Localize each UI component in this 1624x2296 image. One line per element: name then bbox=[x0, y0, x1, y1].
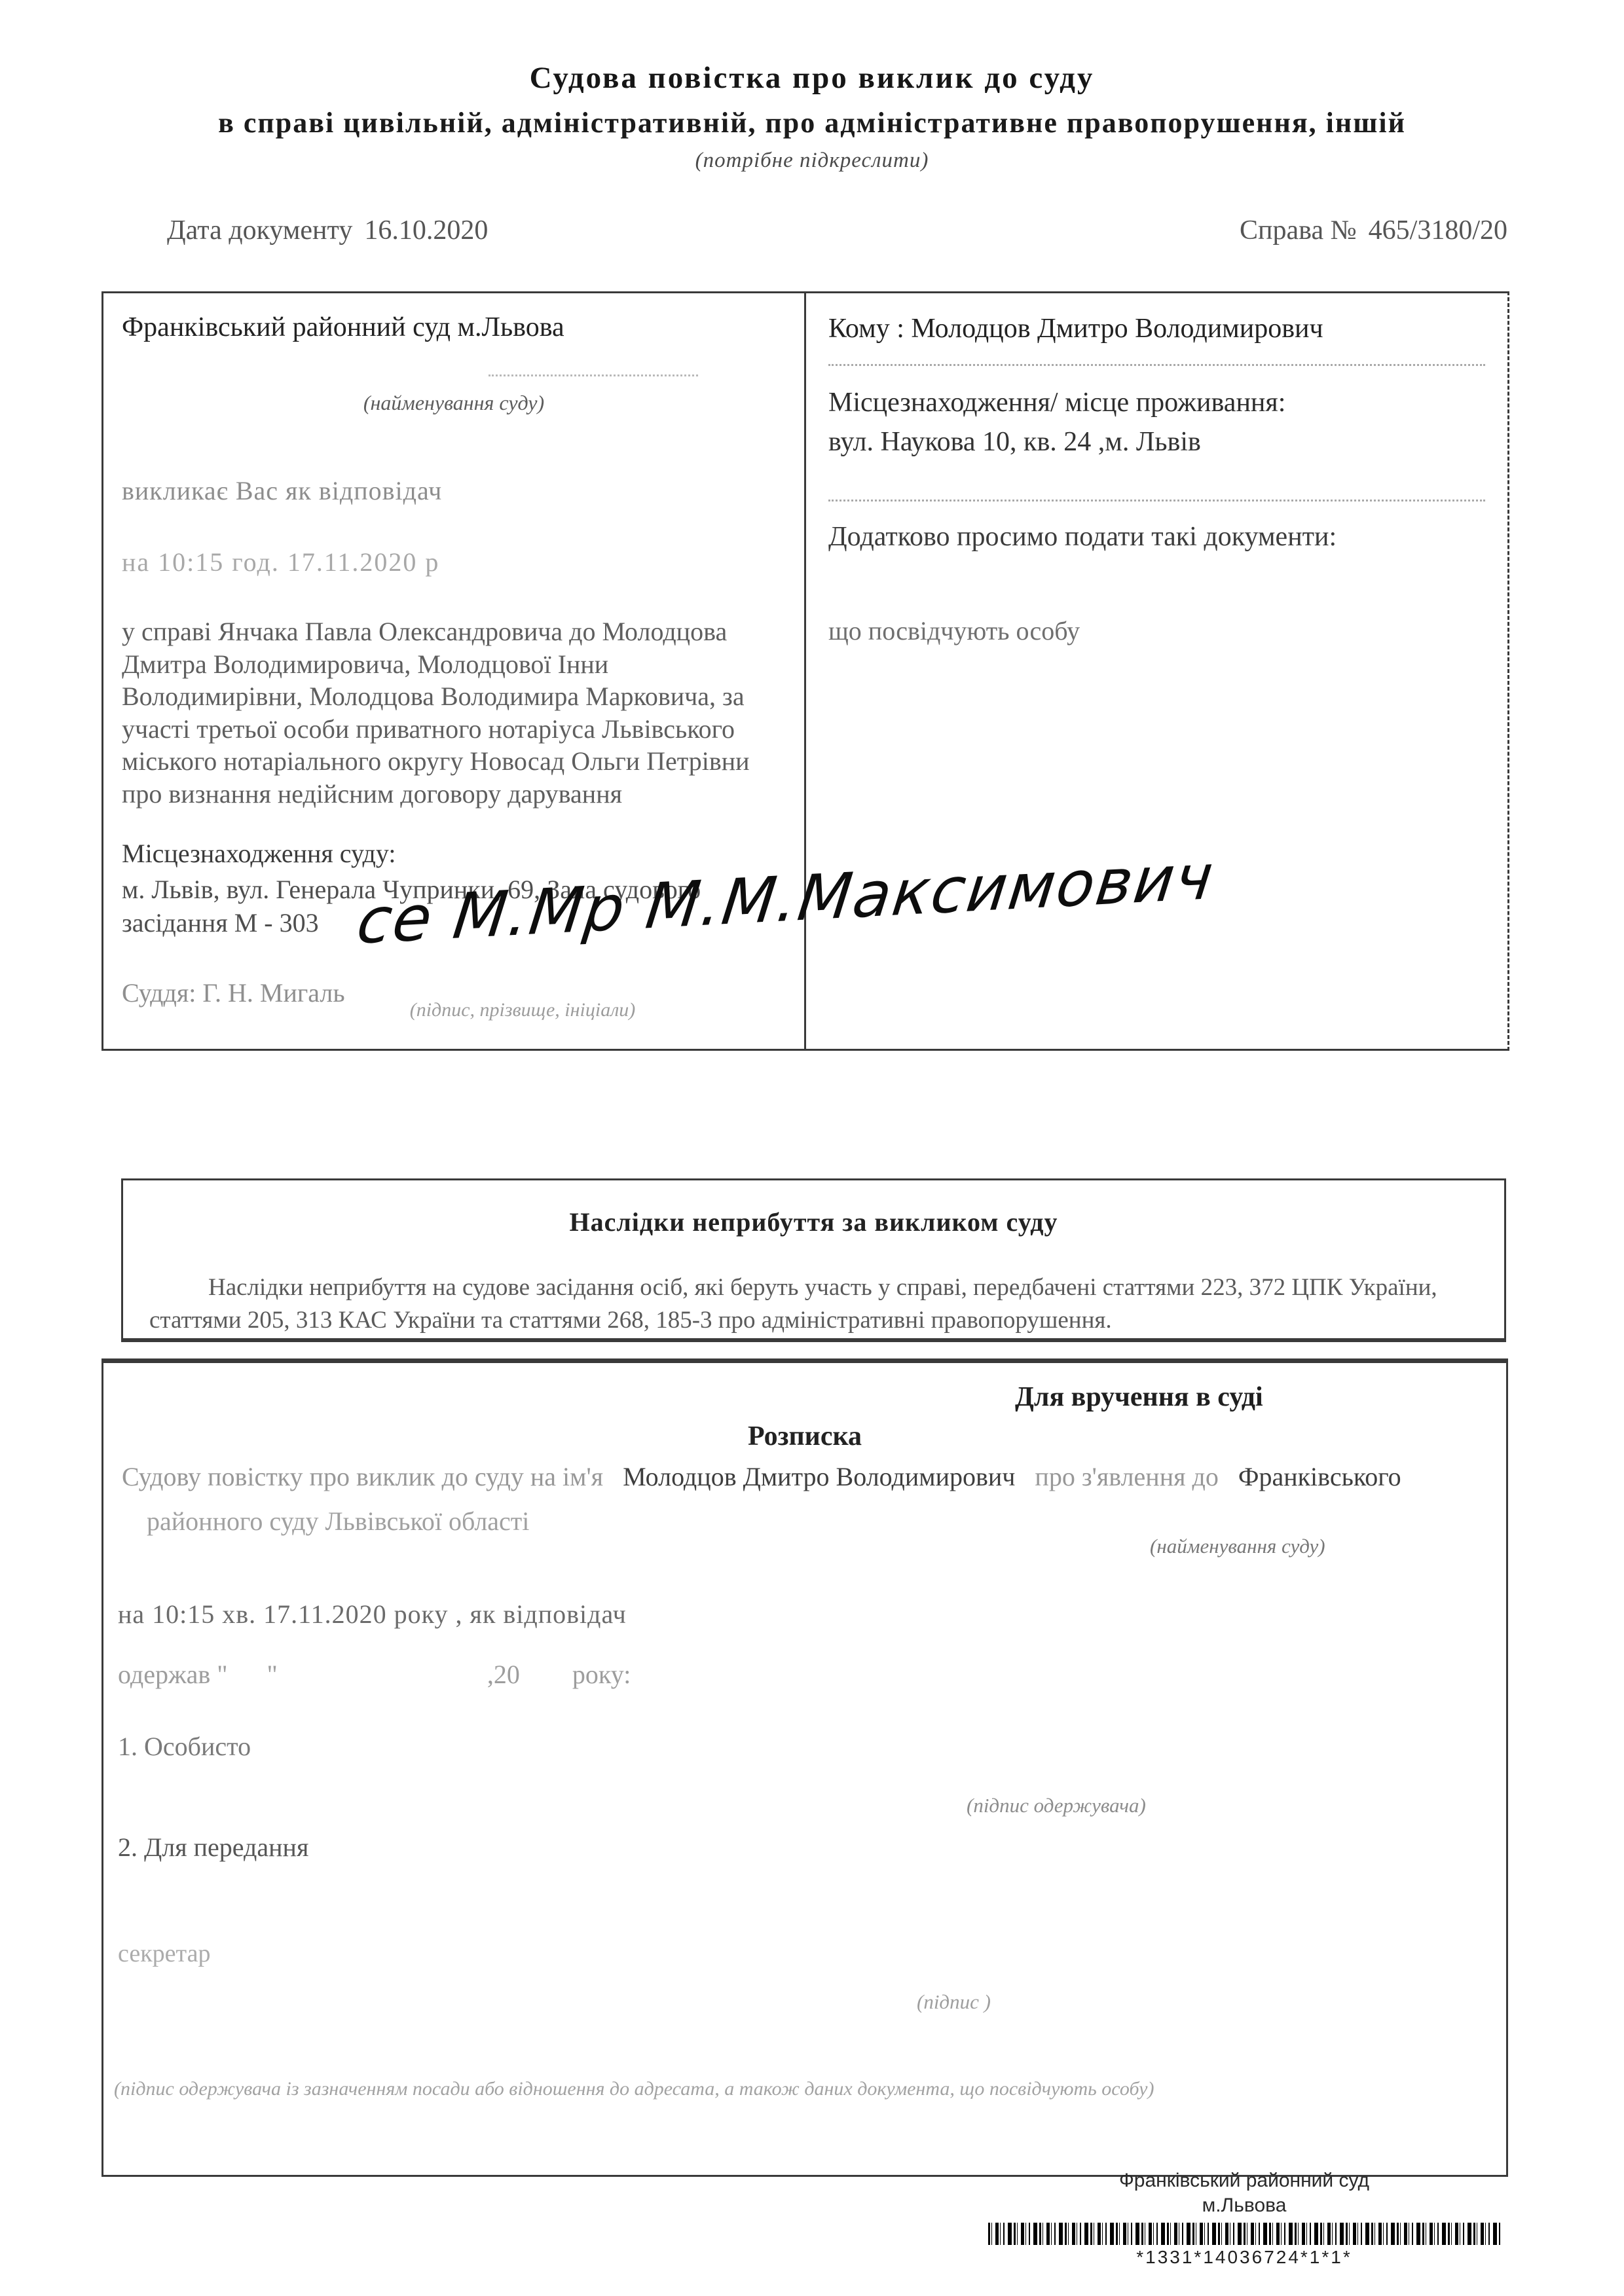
footer-block: Франківський районний суд м.Львова *1331… bbox=[982, 2168, 1506, 2268]
barcode-text: *1331*14036724*1*1* bbox=[982, 2247, 1506, 2268]
receipt-summons-prefix: Судову повістку про виклик до суду на ім… bbox=[122, 1462, 603, 1491]
court-cell: Франківський районний суд м.Львова (найм… bbox=[103, 293, 806, 1049]
receipt-box: Для вручення в суді Розписка Судову пові… bbox=[101, 1358, 1508, 2177]
signature-caption: (підпис, прізвище, ініціали) bbox=[313, 999, 732, 1021]
document-title-block: Судова повістка про виклик до суду в спр… bbox=[0, 60, 1624, 173]
recipient-cell: Кому : Молодцов Дмитро Володимирович Міс… bbox=[806, 293, 1507, 1049]
hearing-datetime-line: на 10:15 год. 17.11.2020 р bbox=[122, 547, 786, 577]
receipt-court-name-part1: Франківського bbox=[1238, 1462, 1401, 1491]
recipient-signature-caption: (підпис одержувача) bbox=[967, 1794, 1146, 1817]
signature-caption-small: (підпис ) bbox=[917, 1990, 991, 2014]
document-date-value: 16.10.2020 bbox=[364, 215, 488, 246]
court-location-value: м. Львів, вул. Генерала Чупринки, 69, За… bbox=[122, 873, 786, 939]
document-date-label: Дата документу bbox=[167, 215, 352, 246]
dotted-line bbox=[489, 374, 698, 376]
additional-documents-value: що посвідчують особу bbox=[828, 615, 1485, 646]
underline-instruction-note: (потрібне підкреслити) bbox=[0, 149, 1624, 173]
document-date: Дата документу16.10.2020 bbox=[167, 215, 500, 246]
case-description: у справі Янчака Павла Олександровича до … bbox=[122, 615, 786, 811]
court-location-label: Місцезнаходження суду: bbox=[122, 838, 786, 869]
recipient-line: Кому : Молодцов Дмитро Володимирович bbox=[828, 313, 1485, 344]
receipt-hearing-datetime: на 10:15 хв. 17.11.2020 року , як відпов… bbox=[118, 1599, 627, 1630]
receipt-heading: Розписка bbox=[103, 1421, 1506, 1452]
receipt-item-personally: 1. Особисто bbox=[118, 1731, 251, 1762]
receipt-footnote: (підпис одержувача із зазначенням посади… bbox=[114, 2078, 1489, 2100]
document-subtitle: в справі цивільній, адміністративній, пр… bbox=[0, 106, 1624, 139]
receipt-recipient-name: Молодцов Дмитро Володимирович bbox=[623, 1462, 1015, 1491]
case-number-value: 465/3180/20 bbox=[1369, 215, 1507, 246]
recipient-address-value: вул. Наукова 10, кв. 24 ,м. Львів bbox=[828, 426, 1485, 458]
meta-row: Дата документу16.10.2020 Справа №465/318… bbox=[167, 215, 1519, 246]
receipt-item-for-transfer: 2. Для передання bbox=[118, 1832, 308, 1863]
secretary-line: секретар bbox=[118, 1939, 210, 1968]
court-name: Франківський районний суд м.Львова bbox=[122, 312, 786, 343]
court-name-caption: (найменування суду) bbox=[122, 391, 786, 415]
summons-role-line: викликає Вас як відповідач bbox=[122, 475, 786, 506]
document-title: Судова повістка про виклик до суду bbox=[0, 60, 1624, 96]
consequences-box: Наслідки неприбуття за викликом суду Нас… bbox=[121, 1178, 1506, 1342]
dotted-line bbox=[828, 500, 1485, 501]
consequences-heading: Наслідки неприбуття за викликом суду bbox=[149, 1207, 1478, 1237]
recipient-address-label: Місцезнаходження/ місце проживання: bbox=[828, 387, 1485, 418]
footer-court-name: Франківський районний суд bbox=[982, 2168, 1506, 2193]
dotted-line bbox=[828, 364, 1485, 366]
case-number: Справа №465/3180/20 bbox=[1240, 215, 1519, 246]
receipt-court-caption: (найменування суду) bbox=[1150, 1535, 1325, 1558]
receipt-summons-line: Судову повістку про виклик до суду на ім… bbox=[122, 1461, 1484, 1492]
consequences-body: Наслідки неприбуття на судове засідання … bbox=[149, 1271, 1478, 1337]
for-service-in-court-heading: Для вручення в суді bbox=[1015, 1381, 1263, 1413]
scanned-court-summons-page: Судова повістка про виклик до суду в спр… bbox=[0, 0, 1624, 2296]
additional-documents-label: Додатково просимо подати такі документи: bbox=[828, 521, 1485, 553]
receipt-received-line: одержав " " ,20 року: bbox=[118, 1659, 631, 1690]
footer-court-city: м.Львова bbox=[982, 2193, 1506, 2218]
case-number-label: Справа № bbox=[1240, 215, 1357, 246]
receipt-court-name-part2: районного суду Львівської області bbox=[147, 1506, 529, 1537]
receipt-summons-middle: про з'явлення до bbox=[1035, 1462, 1218, 1491]
summons-table: Франківський районний суд м.Львова (найм… bbox=[101, 291, 1509, 1051]
barcode bbox=[988, 2223, 1500, 2245]
